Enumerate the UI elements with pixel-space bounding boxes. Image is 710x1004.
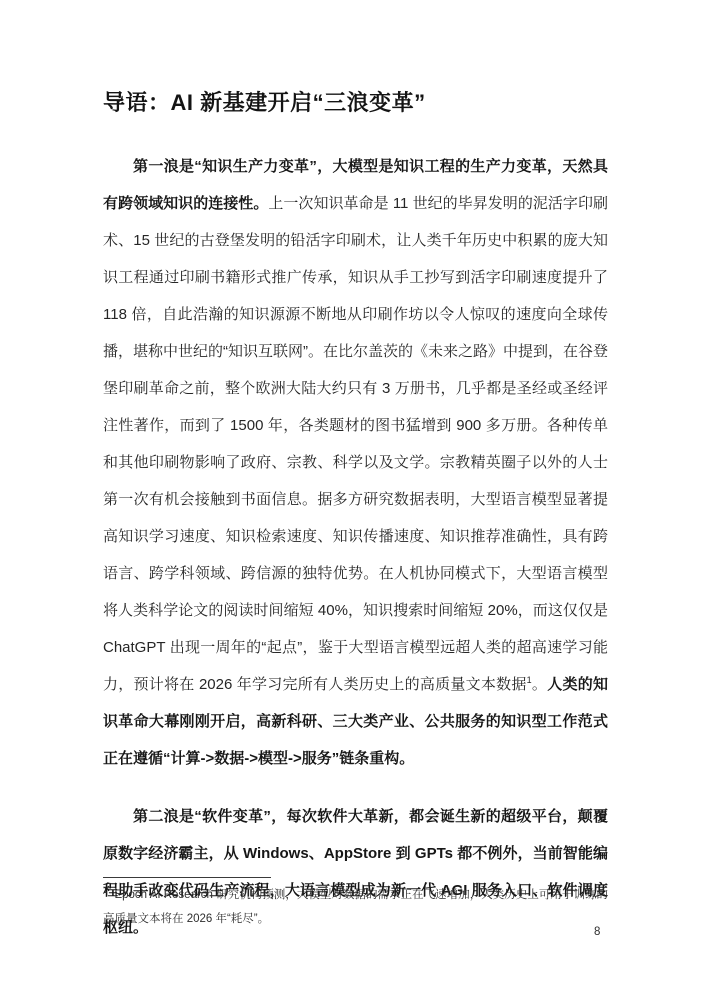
paragraph-first-wave: 第一浪是“知识生产力变革”，大模型是知识工程的生产力变革，天然具有跨领域知识的连… — [103, 148, 608, 777]
footnote: 1Epoch AI Research 研究机构预测，大模型对数据的需求正在飞速增… — [103, 883, 608, 931]
footnote-text: Epoch AI Research 研究机构预测，大模型对数据的需求正在飞速增加… — [103, 889, 608, 925]
footnote-separator — [103, 877, 271, 878]
document-page: 导语：AI 新基建开启“三浪变革” 第一浪是“知识生产力变革”，大模型是知识工程… — [0, 0, 710, 1004]
page-number: 8 — [594, 926, 600, 938]
first-wave-body: 上一次知识革命是 11 世纪的毕昇发明的泥活字印刷术、15 世纪的古登堡发明的铅… — [103, 195, 608, 693]
footnote-area: 1Epoch AI Research 研究机构预测，大模型对数据的需求正在飞速增… — [103, 877, 608, 931]
page-title: 导语：AI 新基建开启“三浪变革” — [103, 88, 608, 118]
page-content: 导语：AI 新基建开启“三浪变革” 第一浪是“知识生产力变革”，大模型是知识工程… — [103, 88, 608, 946]
footnote-marker: 1 — [103, 886, 107, 895]
first-wave-period: 。 — [532, 676, 548, 693]
